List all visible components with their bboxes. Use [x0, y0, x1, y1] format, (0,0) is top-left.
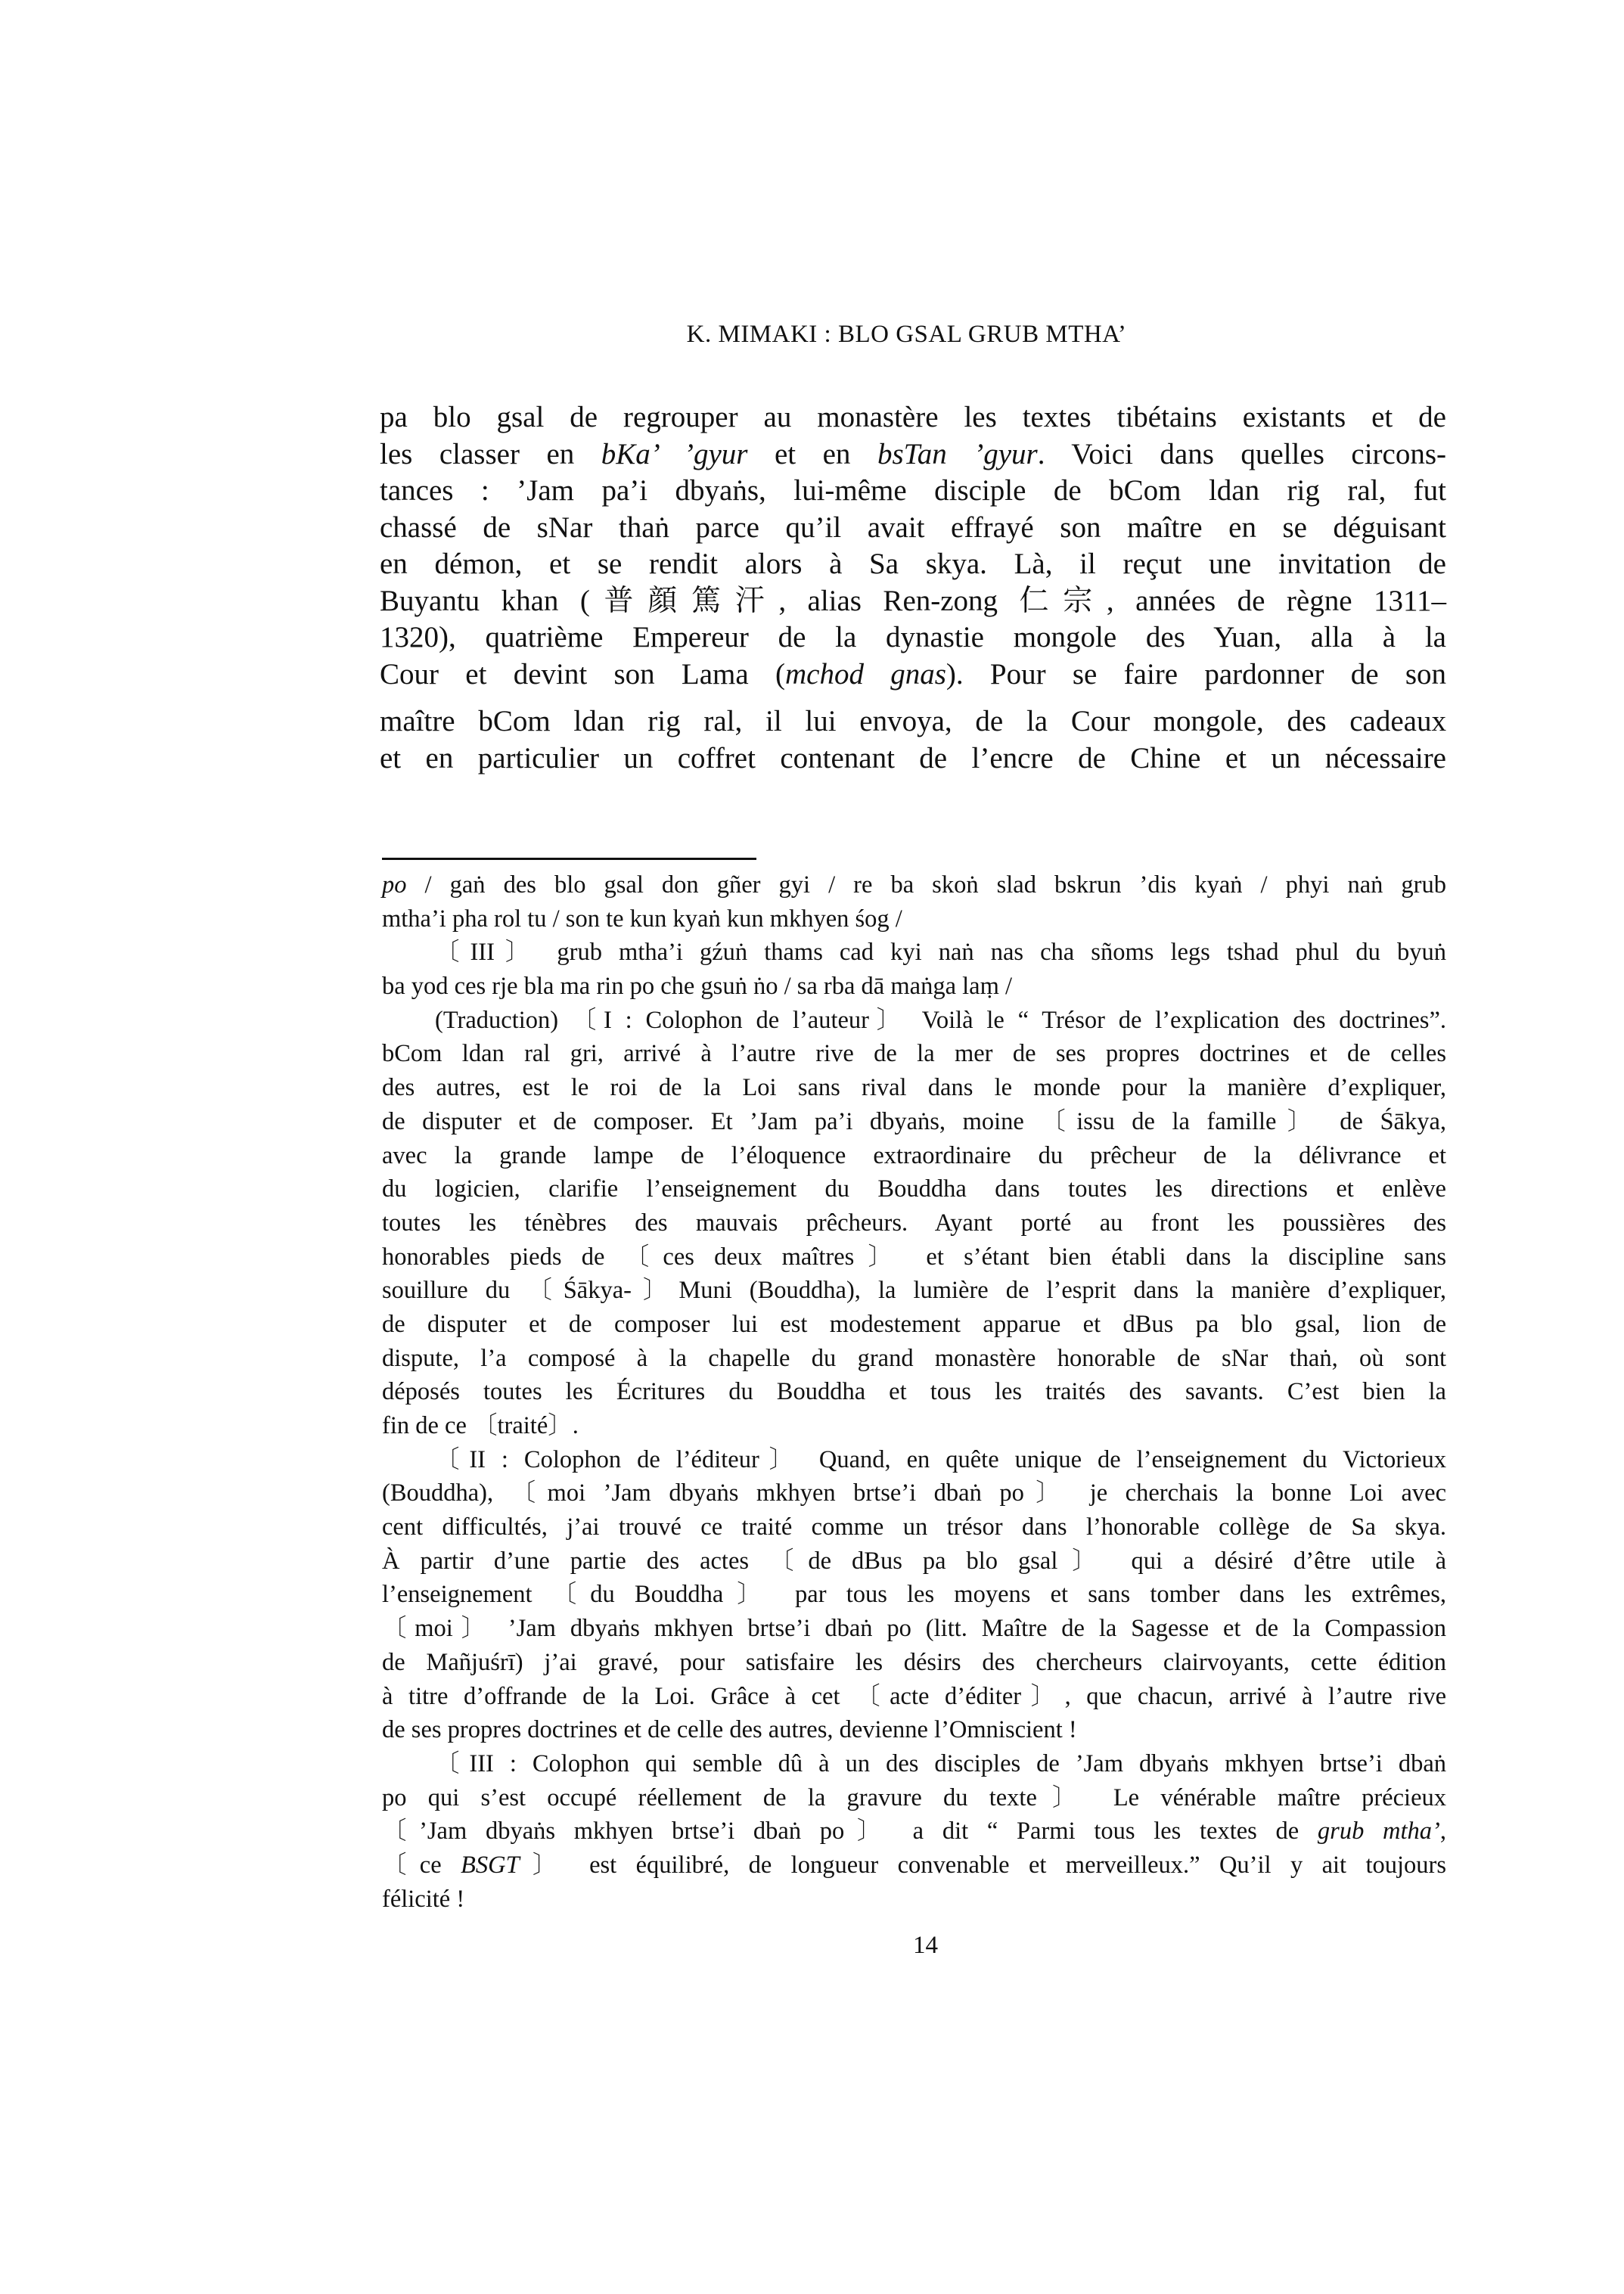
footnote-line: À partir d’une partie des actes 〔de dBus…: [382, 1544, 1446, 1578]
footnote-line: félicité !: [382, 1883, 1446, 1917]
italic-term: bsTan ’gyur: [877, 438, 1038, 470]
italic-term: bKa’ ’gyur: [601, 438, 748, 470]
italic-term: mchod gnas: [785, 658, 946, 691]
footnote-line: à titre d’offrande de la Loi. Grâce à ce…: [382, 1680, 1446, 1714]
body-line: et en particulier un coffret contenant d…: [380, 740, 1446, 778]
page-number: 14: [0, 1929, 1624, 1962]
footnotes: po / gaṅ des blo gsal don gñer gyi / re …: [382, 868, 1446, 1916]
footnote-line: des autres, est le roi de la Loi sans ri…: [382, 1071, 1446, 1105]
footnote-line: souillure du 〔Śākya-〕Muni (Bouddha), la …: [382, 1274, 1446, 1308]
footnote-line: de Mañjuśrī) j’ai gravé, pour satisfaire…: [382, 1646, 1446, 1680]
footnote-line: 〔moi〕 ’Jam dbyaṅs mkhyen brtse’i dbaṅ po…: [382, 1612, 1446, 1646]
footnote-line: bCom ldan ral gri, arrivé à l’autre rive…: [382, 1037, 1446, 1071]
body-line: Cour et devint son Lama (mchod gnas). Po…: [380, 657, 1446, 694]
footnote-line: de ses propres doctrines et de celle des…: [382, 1713, 1446, 1747]
body-line: en démon, et se rendit alors à Sa skya. …: [380, 546, 1446, 583]
footnote-line: du logicien, clarifie l’enseignement du …: [382, 1172, 1446, 1206]
footnote-line: ba yod ces rje bla ma rin po che gsuṅ ṅo…: [382, 970, 1446, 1004]
footnote-line: déposés toutes les Écritures du Bouddha …: [382, 1375, 1446, 1409]
body-line: chassé de sNar thaṅ parce qu’il avait ef…: [380, 510, 1446, 547]
body-line: 1320), quatrième Empereur de la dynastie…: [380, 619, 1446, 657]
footnote-line: de disputer et de composer lui est modes…: [382, 1308, 1446, 1342]
footnote-line: cent difficultés, j’ai trouvé ce traité …: [382, 1510, 1446, 1544]
footnote-line: (Traduction) 〔I : Colophon de l’auteur〕 …: [382, 1004, 1446, 1038]
body-line: maître bCom ldan rig ral, il lui envoya,…: [380, 703, 1446, 740]
running-head: K. MIMAKI : BLO GSAL GRUB MTHA’: [0, 318, 1624, 351]
footnote-line: 〔II : Colophon de l’éditeur〕 Quand, en q…: [382, 1443, 1446, 1477]
footnote-line: dispute, l’a composé à la chapelle du gr…: [382, 1342, 1446, 1376]
italic-term: po: [382, 871, 407, 899]
footnote-line: toutes les ténèbres des mauvais prêcheur…: [382, 1206, 1446, 1240]
body-line: les classer en bKa’ ’gyur et en bsTan ’g…: [380, 436, 1446, 473]
footnote-line: 〔III〕 grub mtha’i gźuṅ thams cad kyi naṅ…: [382, 936, 1446, 970]
footnote-line: fin de ce 〔traité〕.: [382, 1409, 1446, 1443]
footnote-line: po qui s’est occupé réellement de la gra…: [382, 1781, 1446, 1815]
italic-term: BSGT: [461, 1852, 520, 1879]
footnote-line: mtha’i pha rol tu / son te kun kyaṅ kun …: [382, 902, 1446, 936]
footnote-line: 〔III : Colophon qui semble dû à un des d…: [382, 1747, 1446, 1781]
footnote-line: avec la grande lampe de l’éloquence extr…: [382, 1139, 1446, 1173]
footnote-line: honorables pieds de 〔ces deux maîtres〕 e…: [382, 1240, 1446, 1274]
footnote-line: de disputer et de composer. Et ’Jam pa’i…: [382, 1105, 1446, 1139]
footnote-line: 〔’Jam dbyaṅs mkhyen brtse’i dbaṅ po〕 a d…: [382, 1814, 1446, 1849]
footnote-line: 〔ce BSGT〕 est équilibré, de longueur con…: [382, 1849, 1446, 1883]
body-line: Buyantu khan (普顔篤汗, alias Ren-zong 仁宗, a…: [380, 583, 1446, 620]
footnote-line: l’enseignement 〔du Bouddha〕 par tous les…: [382, 1578, 1446, 1612]
footnote-line: (Bouddha), 〔moi ’Jam dbyaṅs mkhyen brtse…: [382, 1476, 1446, 1510]
main-body-text: pa blo gsal de regrouper au monastère le…: [380, 399, 1446, 777]
footnote-separator-rule: [382, 858, 756, 860]
italic-term: grub mtha’: [1318, 1818, 1440, 1845]
body-line: pa blo gsal de regrouper au monastère le…: [380, 399, 1446, 436]
body-line: tances : ’Jam pa’i dbyaṅs, lui-même disc…: [380, 473, 1446, 510]
footnote-line: po / gaṅ des blo gsal don gñer gyi / re …: [382, 868, 1446, 902]
